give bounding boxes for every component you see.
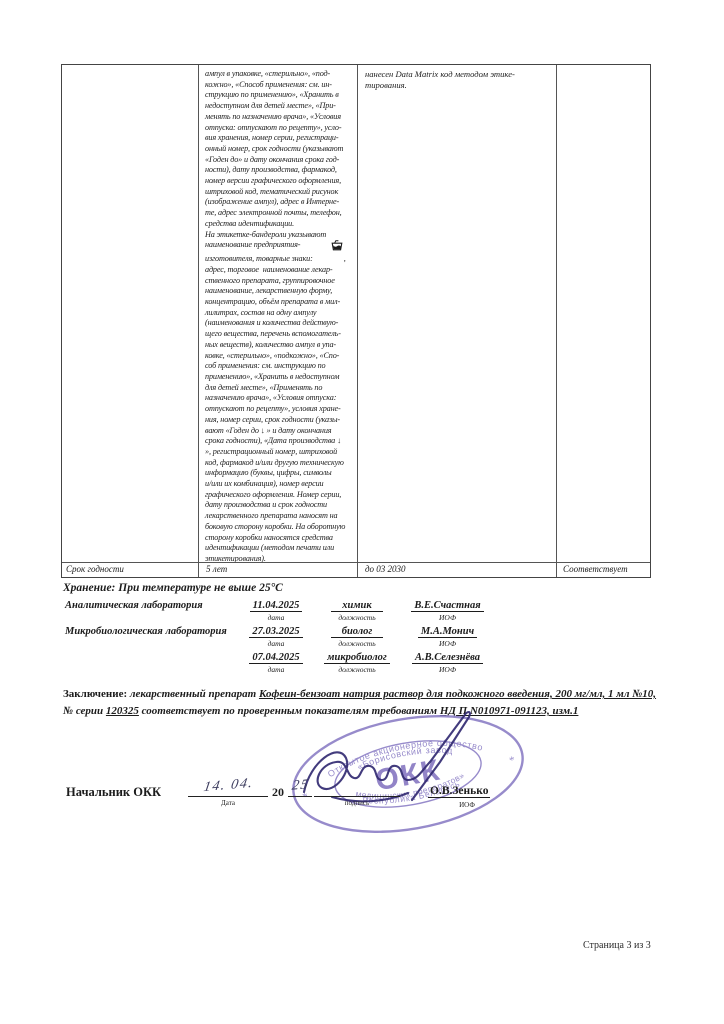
factory-trademark-icon xyxy=(316,229,343,265)
shelf-life-status: Соответствует xyxy=(557,562,650,577)
lab-date: 11.04.2025 xyxy=(250,600,303,612)
spacer xyxy=(65,612,238,622)
series-number-underlined: 120325 xyxy=(106,705,139,717)
name-caption: ИОФ xyxy=(400,664,495,674)
position-caption: должность xyxy=(314,612,400,622)
approval-signature-field xyxy=(314,777,400,797)
emblem-trademark-icon xyxy=(348,228,358,265)
lab-date: 07.04.2025 xyxy=(249,652,302,664)
position-caption: должность xyxy=(314,638,400,648)
lab-position: химик xyxy=(331,600,383,612)
lab-row-microbiological: Микробиологическая лаборатория 27.03.202… xyxy=(65,626,495,648)
lab-name xyxy=(65,652,238,664)
page-number: Страница 3 из 3 xyxy=(583,940,651,951)
handwritten-year: 25 xyxy=(290,777,310,794)
labeling-text-part2: адрес, торговое наименование лекар- стве… xyxy=(205,265,353,562)
name-caption: ИОФ xyxy=(400,612,495,622)
approval-year-field: 25 xyxy=(288,776,312,797)
lab-name: Микробиологическая лаборатория xyxy=(65,626,238,638)
signature-caption: подпись xyxy=(314,799,400,807)
okk-head-name: О.В.Зенько xyxy=(428,785,490,798)
lab-name: Аналитическая лаборатория xyxy=(65,600,238,612)
date-caption: Дата xyxy=(188,799,268,807)
date-caption: дата xyxy=(238,638,314,648)
conclusion-label: Заключение: xyxy=(63,688,127,700)
lab-row-microbiologist-2: 07.04.2025 микробиолог А.В.Селезнёва дат… xyxy=(65,652,495,674)
drug-name-underlined: Кофеин-бензоат натрия раствор для подкож… xyxy=(259,688,656,700)
series-label: № серии xyxy=(63,705,106,717)
conclusion-text: лекарственный препарат xyxy=(127,688,259,700)
labeling-text-part1: ампул в упаковке, «стерильно», «под- кож… xyxy=(205,69,353,251)
trademark-line-prefix: изготовителя, товарные знаки: xyxy=(205,254,315,265)
shelf-life-param: Срок годности xyxy=(62,562,199,577)
lab-person: А.В.Селезнёва xyxy=(412,652,483,664)
table-cell-labeling-requirements: ампул в упаковке, «стерильно», «под- кож… xyxy=(199,65,358,562)
spacer xyxy=(65,638,238,648)
trademark-separator: , xyxy=(344,254,347,265)
handwritten-signature xyxy=(290,700,510,830)
lab-person: М.А.Монич xyxy=(418,626,477,638)
storage-conditions-line: Хранение: При температуре не выше 25°С xyxy=(63,582,283,594)
lab-row-analytical: Аналитическая лаборатория 11.04.2025 хим… xyxy=(65,600,495,622)
lab-person: В.Е.Счастная xyxy=(411,600,483,612)
lab-position: биолог xyxy=(331,626,383,638)
okk-head-title: Начальник ОКК xyxy=(66,785,161,800)
trademark-line: изготовителя, товарные знаки: , , xyxy=(205,251,353,265)
specification-table: ампул в упаковке, «стерильно», «под- кож… xyxy=(61,64,651,578)
date-caption: дата xyxy=(238,664,314,674)
name-caption: ИОФ xyxy=(400,638,495,648)
table-cell-param-empty xyxy=(62,65,199,562)
name-caption: ИОФ xyxy=(428,801,506,809)
position-caption: должность xyxy=(314,664,400,674)
table-cell-datamatrix-note: нанесен Data Matrix код методом этике- т… xyxy=(358,65,557,562)
date-caption: дата xyxy=(238,612,314,622)
shelf-life-result: до 03 2030 xyxy=(358,562,557,577)
shelf-life-value: 5 лет xyxy=(199,562,358,577)
table-cell-conformity-empty xyxy=(557,65,650,562)
approval-date-field: 14. 04. xyxy=(188,776,268,797)
handwritten-date: 14. 04. xyxy=(202,776,254,796)
scanned-document-page: { "table": { "col2": { "lines_before": [… xyxy=(0,0,724,1024)
lab-position: микробиолог xyxy=(324,652,389,664)
spacer xyxy=(65,664,238,674)
year-prefix: 20 xyxy=(272,785,284,800)
lab-date: 27.03.2025 xyxy=(249,626,302,638)
